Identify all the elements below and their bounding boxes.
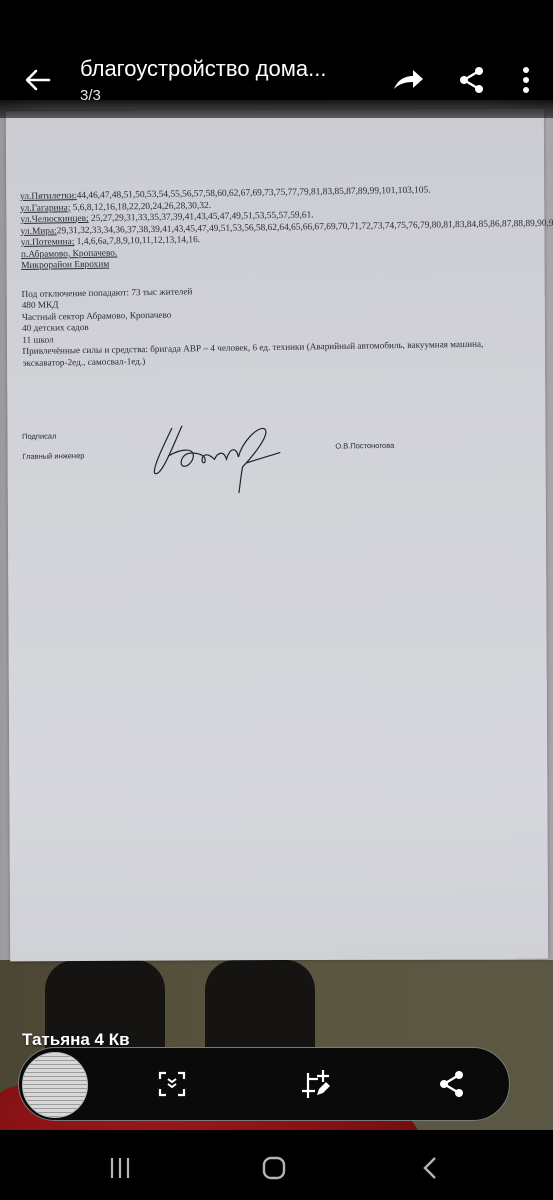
edit-image-button[interactable] — [296, 1064, 336, 1104]
forward-button[interactable] — [388, 62, 428, 98]
share-icon — [459, 66, 485, 94]
home-icon — [262, 1156, 286, 1180]
signer-role: Главный инженер — [22, 451, 84, 461]
signature-block: Подписал Главный инженер О.В.Постоногова — [22, 421, 523, 508]
crop-edit-icon — [301, 1069, 331, 1099]
page-indicator: 3/3 — [80, 87, 101, 104]
home-button[interactable] — [252, 1150, 296, 1186]
system-nav-bar — [0, 1130, 553, 1200]
document-text: ул.Пятилетки:44,46,47,48,51,50,53,54,55,… — [20, 184, 543, 369]
nav-back-button[interactable] — [408, 1150, 452, 1186]
top-app-bar: благоустройство дома... 3/3 — [0, 40, 553, 118]
share-image-button[interactable] — [432, 1064, 472, 1104]
chevron-left-icon — [423, 1156, 437, 1180]
signed-label: Подписал — [22, 432, 56, 441]
scan-icon — [158, 1071, 186, 1097]
share-button[interactable] — [452, 60, 492, 100]
arrow-left-icon — [25, 69, 51, 91]
signer-name: О.В.Постоногова — [335, 441, 394, 451]
scan-document-button[interactable] — [152, 1064, 192, 1104]
street-list: ул.Пятилетки:44,46,47,48,51,50,53,54,55,… — [20, 184, 541, 273]
recents-button[interactable] — [98, 1150, 142, 1186]
forward-arrow-icon — [392, 69, 424, 91]
outage-stats: Под отключение попадают: 73 тыс жителей … — [22, 280, 543, 369]
handwritten-signature — [142, 416, 323, 499]
share-icon — [439, 1070, 465, 1098]
more-vertical-icon — [522, 67, 530, 93]
back-button[interactable] — [18, 62, 58, 98]
recents-icon — [109, 1157, 131, 1179]
image-thumbnail[interactable] — [22, 1052, 88, 1118]
more-options-button[interactable] — [512, 60, 540, 100]
chat-title: благоустройство дома... — [80, 56, 326, 82]
